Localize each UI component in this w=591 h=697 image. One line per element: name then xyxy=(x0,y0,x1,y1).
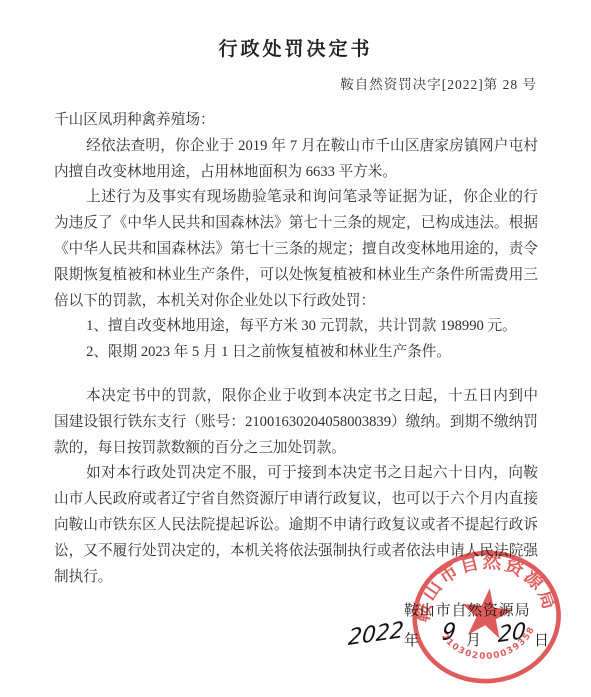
paragraph-legal-basis: 上述行为及事实有现场勘验笔录和询问笔录等证据为证，你企业的行为违反了《中华人民共… xyxy=(54,185,538,314)
penalty-decision-document: 行政处罚决定书 鞍自然资罚决字[2022]第 28 号 千山区凤玥种禽养殖场： … xyxy=(0,0,591,697)
seal-code: 210302000039358 xyxy=(438,624,539,666)
penalty-item-1: 1、擅自改变林地用途，每平方米 30 元罚款，共计罚款 198990 元。 xyxy=(54,314,538,340)
paragraph-payment: 本决定书中的罚款，限你企业于收到本决定书之日起，十五日内到中国建设银行铁东支行（… xyxy=(54,384,538,461)
document-number: 鞍自然资罚决字[2022]第 28 号 xyxy=(0,73,591,93)
seal-code-holder: 210302000039358 xyxy=(438,624,539,666)
penalty-item-2: 2、限期 2023 年 5 月 1 日之前恢复植被和林业生产条件。 xyxy=(54,340,538,366)
document-body: 千山区凤玥种禽养殖场： 经依法查明，你企业于 2019 年 7 月在鞍山市千山区… xyxy=(54,108,538,590)
paragraph-findings: 经依法查明，你企业于 2019 年 7 月在鞍山市千山区唐家房镇网户屯村内擅自改… xyxy=(54,134,538,186)
document-title: 行政处罚决定书 xyxy=(0,34,591,61)
handwritten-year: 2022 xyxy=(347,618,404,651)
addressee: 千山区凤玥种禽养殖场： xyxy=(54,108,538,134)
official-seal: 鞍山市自然资源局 210302000039358 xyxy=(400,539,574,697)
star-icon xyxy=(458,585,515,640)
